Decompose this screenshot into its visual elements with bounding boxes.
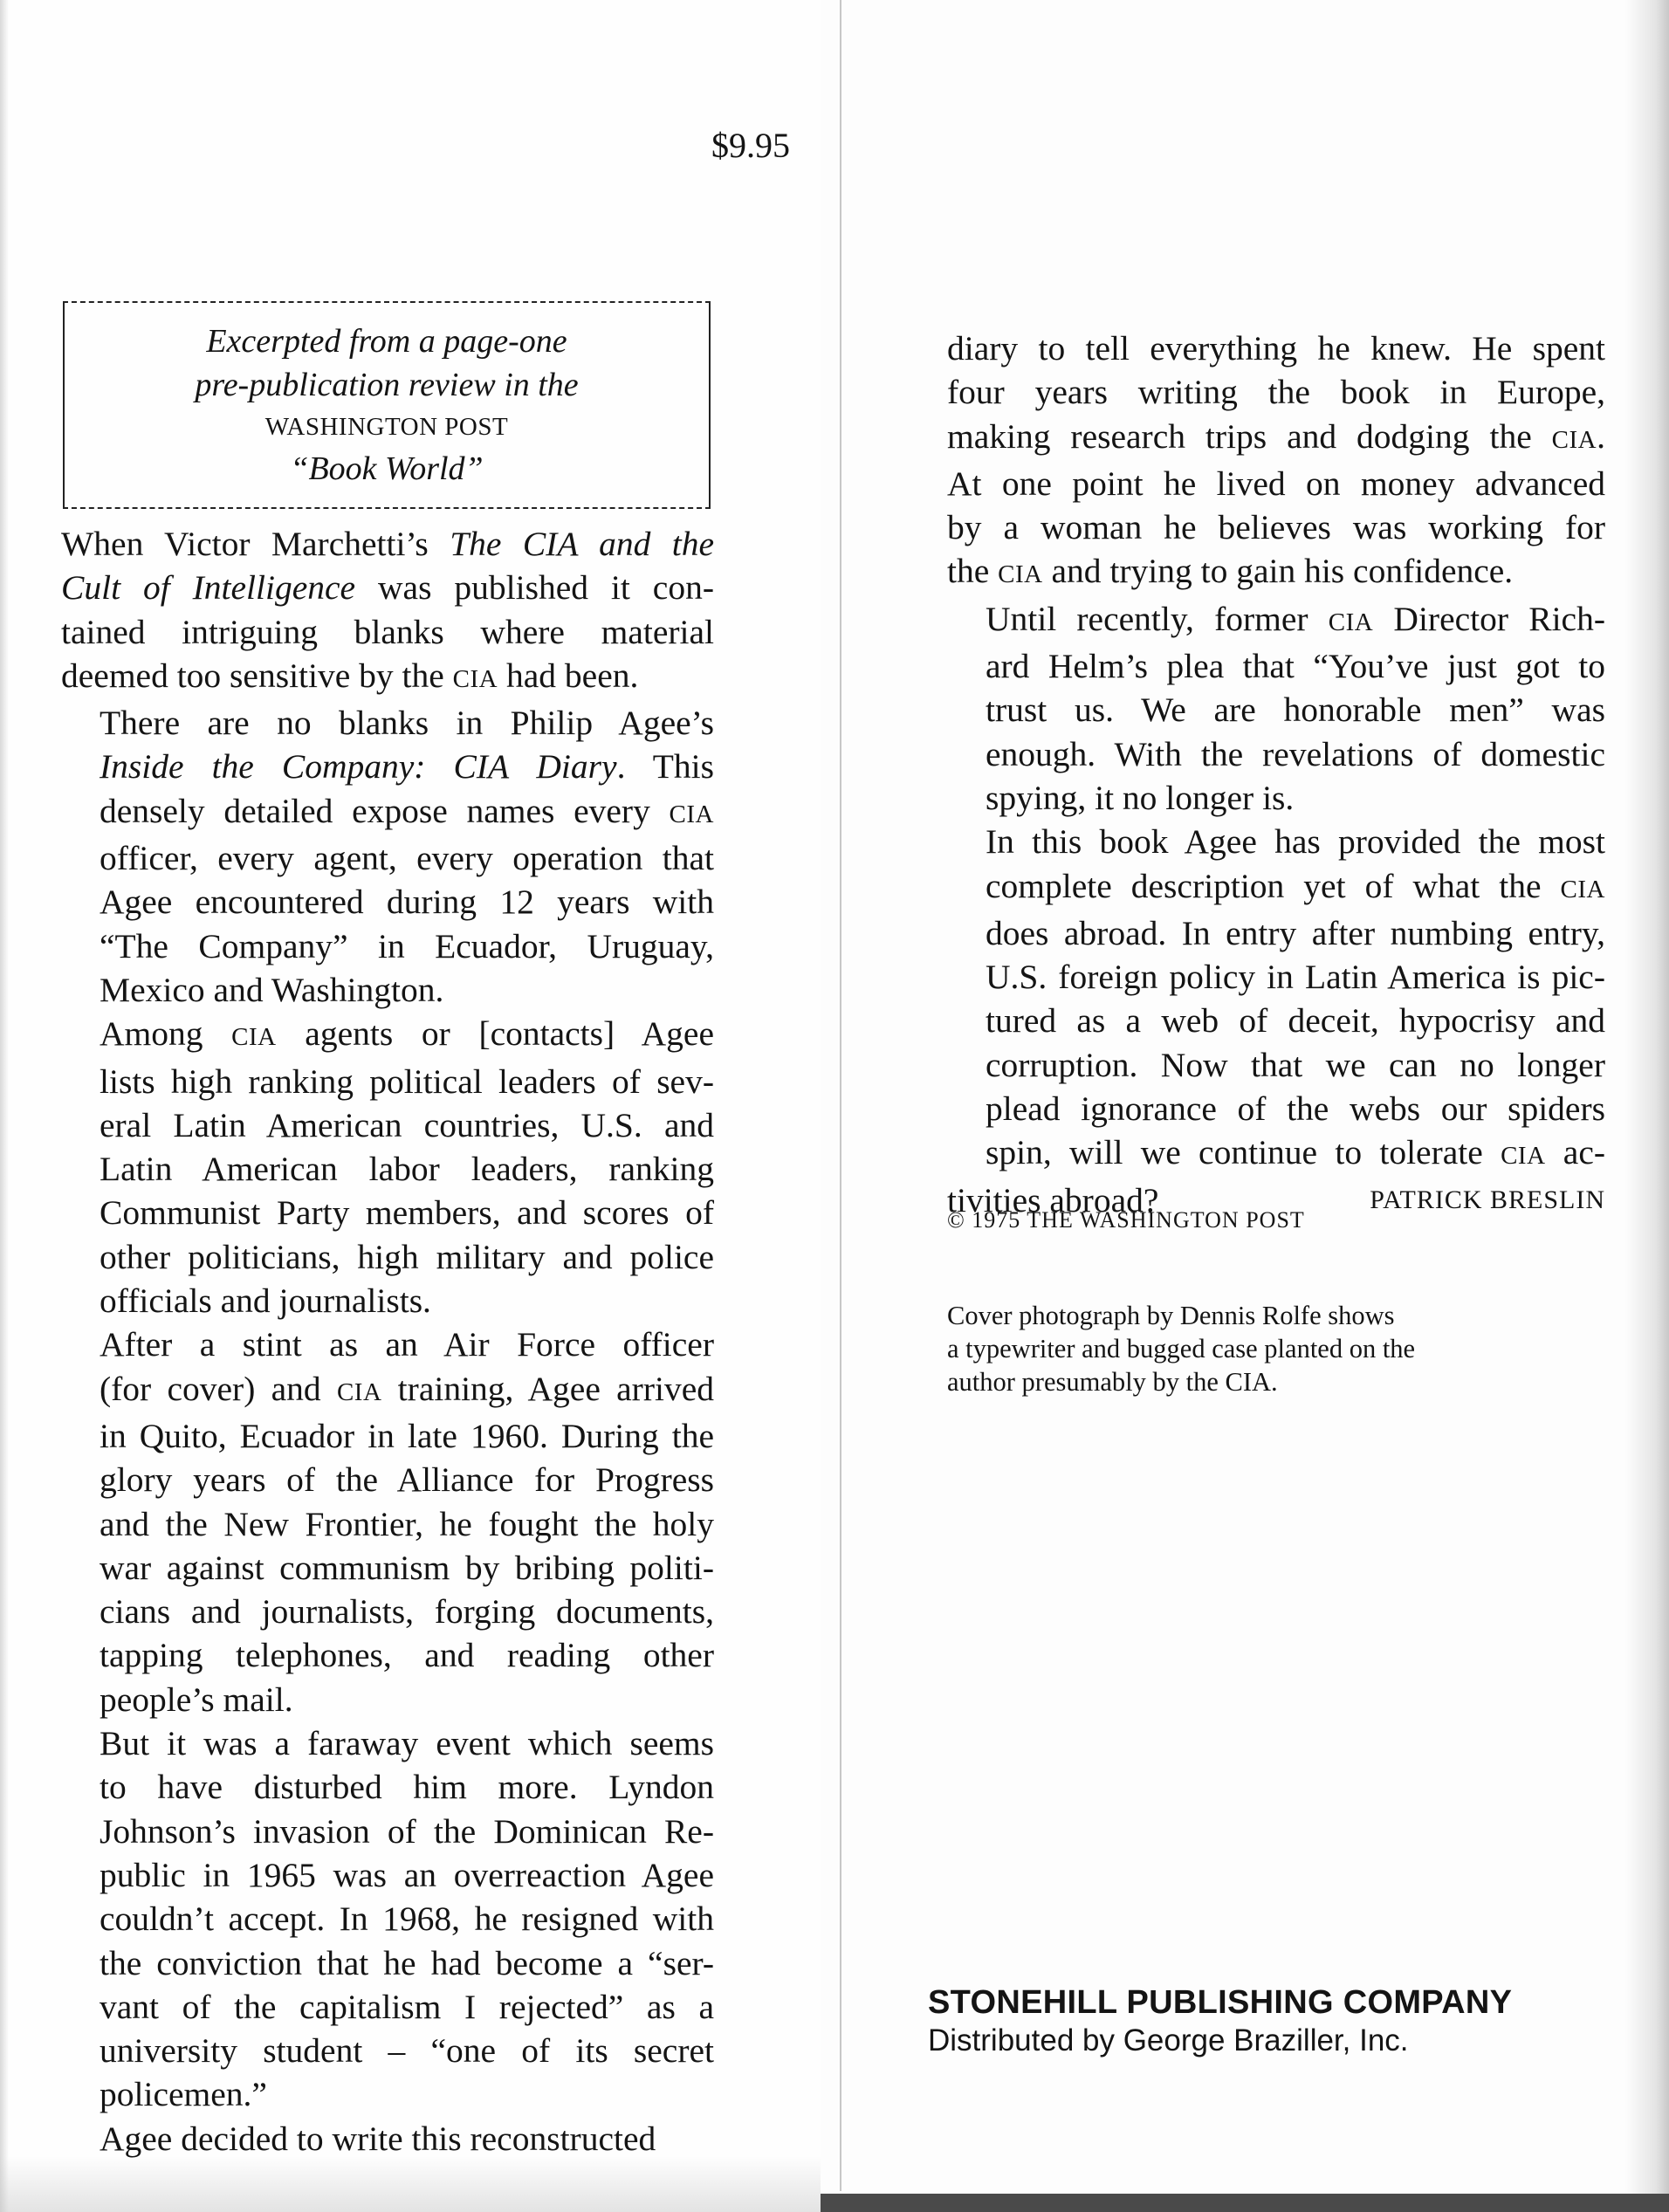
text-line: When Victor Marchetti’s The CIA and the [61,522,714,566]
text-line: There are no blanks in Philip Agee’s [61,701,714,745]
text-line: Mexico and Washington. [61,968,714,1012]
text-line: deemed too sensitive by the CIA had been… [61,654,714,701]
text-line: ard Helm’s plea that “You’ve just got to [947,644,1605,688]
review-source-box: Excerpted from a page-one pre-publicatio… [63,301,711,509]
caption-line: a typewriter and bugged case planted on … [947,1332,1415,1365]
text-line: glory years of the Alliance for Progress [61,1458,714,1501]
text-line: corruption. Now that we can no longer [947,1043,1605,1087]
text-line: tapping telephones, and reading other [61,1633,714,1677]
text-line: (for cover) and CIA training, Agee arriv… [61,1367,714,1414]
text-line: After a stint as an Air Force officer [61,1322,714,1366]
text-line: the conviction that he had become a “ser… [61,1941,714,1985]
distributor-line: Distributed by George Braziller, Inc. [928,2022,1512,2060]
text-line: policemen.” [61,2072,714,2116]
review-box-publication: WASHINGTON POST [265,407,508,447]
text-line: in Quito, Ecuador in late 1960. During t… [61,1414,714,1458]
text-line: Agee encountered during 12 years with [61,880,714,924]
bottom-smudge [0,2156,821,2212]
text-line: making research trips and dodging the CI… [947,415,1605,462]
bottom-cover-edge [821,2194,1669,2212]
paragraph: Agee decided to write this reconstructed [61,2117,714,2160]
text-line: “The Company” in Ecuador, Uruguay, [61,924,714,968]
text-line: Communist Party members, and scores of [61,1191,714,1234]
text-line: But it was a faraway event which seems [61,1721,714,1765]
left-column-text: When Victor Marchetti’s The CIA and theC… [61,522,714,2160]
text-line: officer, every agent, every operation th… [61,836,714,880]
copyright-notice: © 1975 THE WASHINGTON POST [947,1203,1305,1238]
text-line: Inside the Company: CIA Diary. This [61,745,714,788]
text-line: eral Latin American countries, U.S. and [61,1103,714,1147]
caption-line: author presumably by the CIA. [947,1365,1415,1398]
fold-line [840,0,841,2191]
text-line: the CIA and trying to gain his confidenc… [947,549,1605,596]
text-line: other politicians, high military and pol… [61,1235,714,1279]
text-line: Cult of Intelligence was published it co… [61,566,714,609]
text-line: Johnson’s invasion of the Dominican Re- [61,1810,714,1853]
price: $9.95 [681,124,790,168]
publisher-name: STONEHILL PUBLISHING COMPANY [928,1983,1512,2022]
reviewer-byline: PATRICK BRESLIN [1370,1178,1605,1222]
text-line: war against communism by bribing politi- [61,1546,714,1590]
text-line: people’s mail. [61,1678,714,1721]
text-line: At one point he lived on money advanced [947,462,1605,505]
text-line: tained intriguing blanks where material [61,610,714,654]
paragraph: In this book Agee has provided the mostc… [947,820,1605,1178]
review-box-line: Excerpted from a page-one [206,319,567,363]
text-line: U.S. foreign policy in Latin America is … [947,955,1605,999]
text-line: diary to tell everything he knew. He spe… [947,326,1605,370]
text-line: trust us. We are honorable men” was [947,688,1605,732]
paragraph: When Victor Marchetti’s The CIA and theC… [61,522,714,701]
text-line: spin, will we continue to tolerate CIA a… [947,1130,1605,1178]
paragraph: diary to tell everything he knew. He spe… [947,326,1605,597]
left-edge-shadow [0,0,9,2212]
cover-photo-caption: Cover photograph by Dennis Rolfe shows a… [947,1299,1415,1398]
text-line: tured as a web of deceit, hypocrisy and [947,999,1605,1042]
text-line: Until recently, former CIA Director Rich… [947,597,1605,644]
text-line: complete description yet of what the CIA [947,864,1605,911]
review-box-section: “Book World” [290,447,483,491]
publisher-block: STONEHILL PUBLISHING COMPANY Distributed… [928,1983,1512,2060]
paragraph: Among CIA agents or [contacts] Ageelists… [61,1012,714,1322]
right-edge-shadow [1625,0,1669,2212]
text-line: university student – “one of its secret [61,2029,714,2072]
text-line: densely detailed expose names every CIA [61,789,714,836]
review-box-line: pre-publication review in the [195,363,578,407]
text-line: to have disturbed him more. Lyndon [61,1765,714,1809]
text-line: Latin American labor leaders, ranking [61,1147,714,1191]
text-line: lists high ranking political leaders of … [61,1060,714,1103]
text-line: officials and journalists. [61,1279,714,1322]
text-line: four years writing the book in Europe, [947,370,1605,414]
text-line: Agee decided to write this reconstructed [61,2117,714,2160]
right-column-text: diary to tell everything he knew. He spe… [947,326,1605,1222]
text-line: by a woman he believes was working for [947,505,1605,549]
text-line: enough. With the revelations of domestic [947,732,1605,776]
text-line: spying, it no longer is. [947,776,1605,820]
text-line: does abroad. In entry after numbing entr… [947,911,1605,955]
paragraph: But it was a faraway event which seemsto… [61,1721,714,2117]
paragraph: Until recently, former CIA Director Rich… [947,597,1605,820]
caption-line: Cover photograph by Dennis Rolfe shows [947,1299,1415,1332]
text-line: public in 1965 was an overreaction Agee [61,1853,714,1897]
text-line: Among CIA agents or [contacts] Agee [61,1012,714,1059]
text-line: vant of the capitalism I rejected” as a [61,1985,714,2029]
paragraph: There are no blanks in Philip Agee’sInsi… [61,701,714,1012]
text-line: and the New Frontier, he fought the holy [61,1502,714,1546]
text-line: cians and journalists, forging documents… [61,1590,714,1633]
text-line: In this book Agee has provided the most [947,820,1605,863]
text-line: couldn’t accept. In 1968, he resigned wi… [61,1897,714,1941]
paragraph: After a stint as an Air Force officer(fo… [61,1322,714,1721]
text-line: plead ignorance of the webs our spiders [947,1087,1605,1130]
